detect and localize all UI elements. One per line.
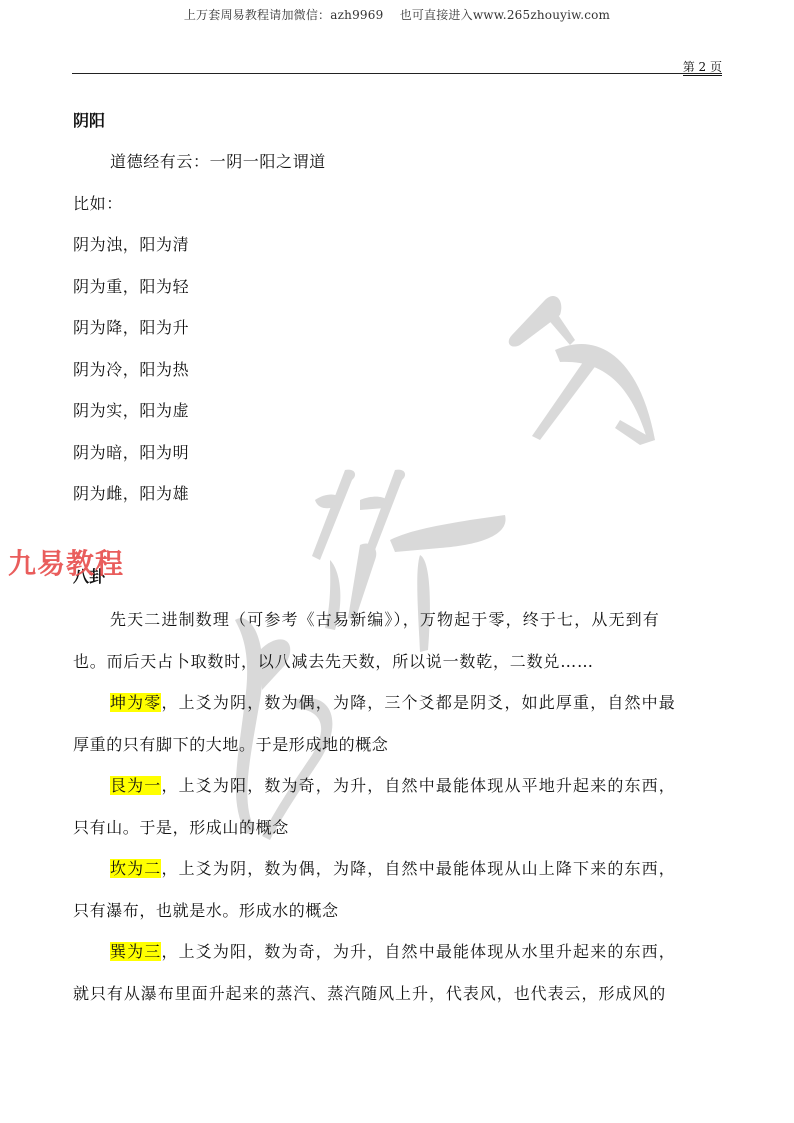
trigram-item-xun: 巽为三，上爻为阳，数为奇，为升，自然中最能体现从水里升起来的东西， — [110, 939, 676, 962]
trigram-item-gen: 艮为一，上爻为阳，数为奇，为升，自然中最能体现从平地升起来的东西， — [110, 773, 676, 796]
intro-line: 比如： — [73, 191, 123, 214]
paragraph-line: 就只有从瀑布里面升起来的蒸汽、蒸汽随风上升，代表风，也代表云，形成风的 — [73, 981, 666, 1004]
pair-line: 阴为实，阳为虚 — [73, 398, 189, 421]
section-heading-yinyang: 阴阳 — [73, 108, 105, 131]
item-text: ，上爻为阴，数为偶，为降，三个爻都是阴爻，如此厚重，自然中最 — [161, 693, 676, 712]
pair-line: 阴为暗，阳为明 — [73, 440, 189, 463]
pair-line: 阴为冷，阳为热 — [73, 357, 189, 380]
paragraph-line: 厚重的只有脚下的大地。于是形成地的概念 — [73, 732, 388, 755]
item-text: ，上爻为阴，数为偶，为降，自然中最能体现从山上降下来的东西， — [161, 859, 676, 878]
paragraph-line: 先天二进制数理（可参考《古易新编》），万物起于零，终于七，从无到有 — [110, 607, 660, 630]
highlighted-term: 坤为零 — [110, 693, 161, 712]
trigram-item-kun: 坤为零，上爻为阴，数为偶，为降，三个爻都是阴爻，如此厚重，自然中最 — [110, 690, 676, 713]
item-text: ，上爻为阳，数为奇，为升，自然中最能体现从平地升起来的东西， — [161, 776, 676, 795]
trigram-item-kan: 坎为二，上爻为阴，数为偶，为降，自然中最能体现从山上降下来的东西， — [110, 856, 676, 879]
paragraph-line: 只有瀑布，也就是水。形成水的概念 — [73, 898, 339, 921]
header-rule — [72, 73, 722, 74]
paragraph-line: 也。而后天占卜取数时，以八减去先天数，所以说一数乾，二数兑…… — [73, 649, 594, 672]
page-number: 第 2 页 — [683, 60, 722, 76]
highlighted-term: 巽为三 — [110, 942, 161, 961]
highlighted-term: 坎为二 — [110, 859, 161, 878]
pair-line: 阴为重，阳为轻 — [73, 274, 189, 297]
brand-overlay-logo: 九易教程 — [8, 542, 124, 582]
item-text: ，上爻为阳，数为奇，为升，自然中最能体现从水里升起来的东西， — [161, 942, 676, 961]
highlighted-term: 艮为一 — [110, 776, 161, 795]
pair-line: 阴为雌，阳为雄 — [73, 481, 189, 504]
pair-line: 阴为浊，阳为清 — [73, 232, 189, 255]
top-promo-note: 上万套周易教程请加微信：azh9969 也可直接进入www.265zhouyiw… — [0, 6, 794, 23]
pair-line: 阴为降，阳为升 — [73, 315, 189, 338]
paragraph-line: 只有山。于是，形成山的概念 — [73, 815, 289, 838]
quote-line: 道德经有云：一阴一阳之谓道 — [110, 149, 326, 172]
